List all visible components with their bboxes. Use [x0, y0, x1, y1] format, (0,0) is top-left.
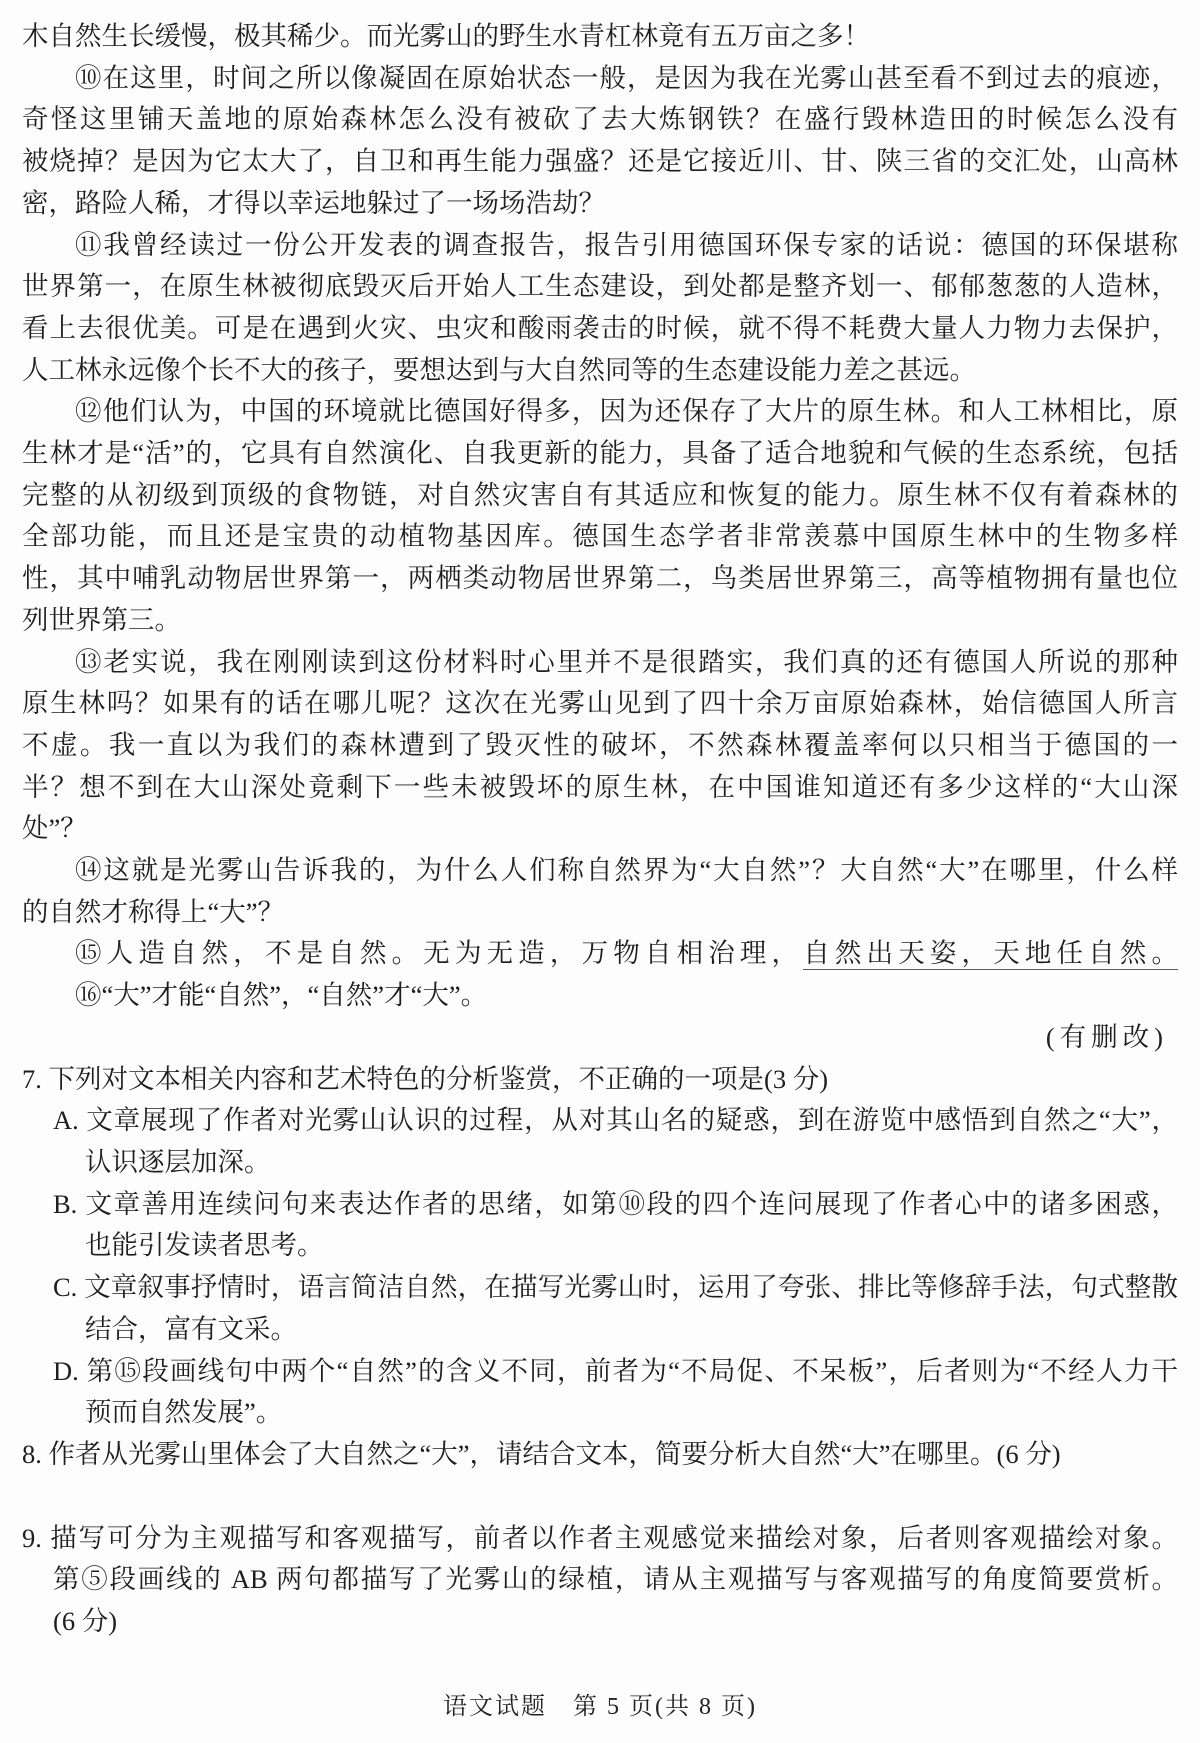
passage-line: 木自然生长缓慢，极其稀少。而光雾山的野生水青杠林竟有五万亩之多！: [22, 16, 1178, 58]
passage-line: 密，路险人稀，才得以幸运地躲过了一场场浩劫？: [22, 183, 1178, 225]
passage-line: 列世界第三。: [22, 600, 1178, 642]
passage-line: ⑪我曾经读过一份公开发表的调查报告，报告引用德国环保专家的话说：德国的环保堪称: [22, 225, 1178, 267]
passage-line: 人工林永远像个长不大的孩子，要想达到与大自然同等的生态建设能力差之甚远。: [22, 350, 1178, 392]
passage-line-with-underline: ⑮人造自然，不是自然。无为无造，万物自相治理，自然出天姿，天地任自然。: [22, 933, 1178, 975]
question-7-stem: 7. 下列对文本相关内容和艺术特色的分析鉴赏，不正确的一项是(3 分): [22, 1059, 1178, 1101]
option-c-line: C. 文章叙事抒情时，语言简洁自然，在描写光雾山时，运用了夸张、排比等修辞手法，…: [53, 1267, 1178, 1309]
question-8-stem: 8. 作者从光雾山里体会了大自然之“大”，请结合文本，简要分析大自然“大”在哪里…: [22, 1434, 1178, 1476]
passage-line: 看上去很优美。可是在遇到火灾、虫灾和酸雨袭击的时候，就不得不耗费大量人力物力去保…: [22, 308, 1178, 350]
passage-text: ⑮人造自然，不是自然。无为无造，万物自相治理，: [75, 938, 803, 968]
option-d-line: 预而自然发展”。: [85, 1392, 1178, 1434]
edit-note: (有删改): [22, 1017, 1178, 1059]
answer-space: [22, 1476, 1178, 1518]
passage-line: 性，其中哺乳动物居世界第一，两栖类动物居世界第二，鸟类居世界第三，高等植物拥有量…: [22, 558, 1178, 600]
option-b-line: B. 文章善用连续问句来表达作者的思绪，如第⑩段的四个连问展现了作者心中的诸多困…: [53, 1184, 1178, 1226]
passage-line: 的自然才称得上“大”？: [22, 892, 1178, 934]
option-d-line: D. 第⑮段画线句中两个“自然”的含义不同，前者为“不局促、不呆板”，后者则为“…: [53, 1351, 1178, 1393]
passage-line: 世界第一，在原生林被彻底毁灭后开始人工生态建设，到处都是整齐划一、郁郁葱葱的人造…: [22, 266, 1178, 308]
option-c-line: 结合，富有文采。: [85, 1309, 1178, 1351]
passage-line: 生林才是“活”的，它具有自然演化、自我更新的能力，具备了适合地貌和气候的生态系统…: [22, 433, 1178, 475]
passage-line: ⑬老实说，我在刚刚读到这份材料时心里并不是很踏实，我们真的还有德国人所说的那种: [22, 642, 1178, 684]
passage-line: ⑩在这里，时间之所以像凝固在原始状态一般，是因为我在光雾山甚至看不到过去的痕迹，: [22, 58, 1178, 100]
page-footer: 语文试题 第 5 页(共 8 页): [22, 1687, 1178, 1729]
passage-line: 半？想不到在大山深处竟剩下一些未被毁坏的原生林，在中国谁知道还有多少这样的“大山…: [22, 767, 1178, 809]
option-b-line: 也能引发读者思考。: [85, 1225, 1178, 1267]
passage-line: 被烧掉？是因为它太大了，自卫和再生能力强盛？还是它接近川、甘、陕三省的交汇处，山…: [22, 141, 1178, 183]
passage-line: 奇怪这里铺天盖地的原始森林怎么没有被砍了去大炼钢铁？在盛行毁林造田的时候怎么没有: [22, 99, 1178, 141]
exam-page: 木自然生长缓慢，极其稀少。而光雾山的野生水青杠林竟有五万亩之多！ ⑩在这里，时间…: [0, 0, 1200, 1743]
passage-line: ⑭这就是光雾山告诉我的，为什么人们称自然界为“大自然”？大自然“大”在哪里，什么…: [22, 850, 1178, 892]
passage-line: 处”？: [22, 808, 1178, 850]
option-a-line: A. 文章展现了作者对光雾山认识的过程，从对其山名的疑惑，到在游览中感悟到自然之…: [53, 1100, 1178, 1142]
passage-line: 不虚。我一直以为我们的森林遭到了毁灭性的破坏，不然森林覆盖率何以只相当于德国的一: [22, 725, 1178, 767]
passage-line: ⑯“大”才能“自然”，“自然”才“大”。: [22, 975, 1178, 1017]
passage-line: 原生林吗？如果有的话在哪儿呢？这次在光雾山见到了四十余万亩原始森林，始信德国人所…: [22, 683, 1178, 725]
passage-line: 全部功能，而且还是宝贵的动植物基因库。德国生态学者非常羡慕中国原生林中的生物多样: [22, 516, 1178, 558]
question-9-points: (6 分): [53, 1601, 1178, 1643]
passage-line: ⑫他们认为，中国的环境就比德国好得多，因为还保存了大片的原生林。和人工林相比，原: [22, 391, 1178, 433]
passage-line: 完整的从初级到顶级的食物链，对自然灾害自有其适应和恢复的能力。原生林不仅有着森林…: [22, 475, 1178, 517]
option-a-line: 认识逐层加深。: [85, 1142, 1178, 1184]
question-9-line: 第⑤段画线的 AB 两句都描写了光雾山的绿植，请从主观描写与客观描写的角度简要赏…: [53, 1559, 1178, 1601]
underlined-sentence: 自然出天姿，天地任自然。: [803, 938, 1178, 970]
question-9-line: 9. 描写可分为主观描写和客观描写，前者以作者主观感觉来描绘对象，后者则客观描绘…: [22, 1518, 1178, 1560]
